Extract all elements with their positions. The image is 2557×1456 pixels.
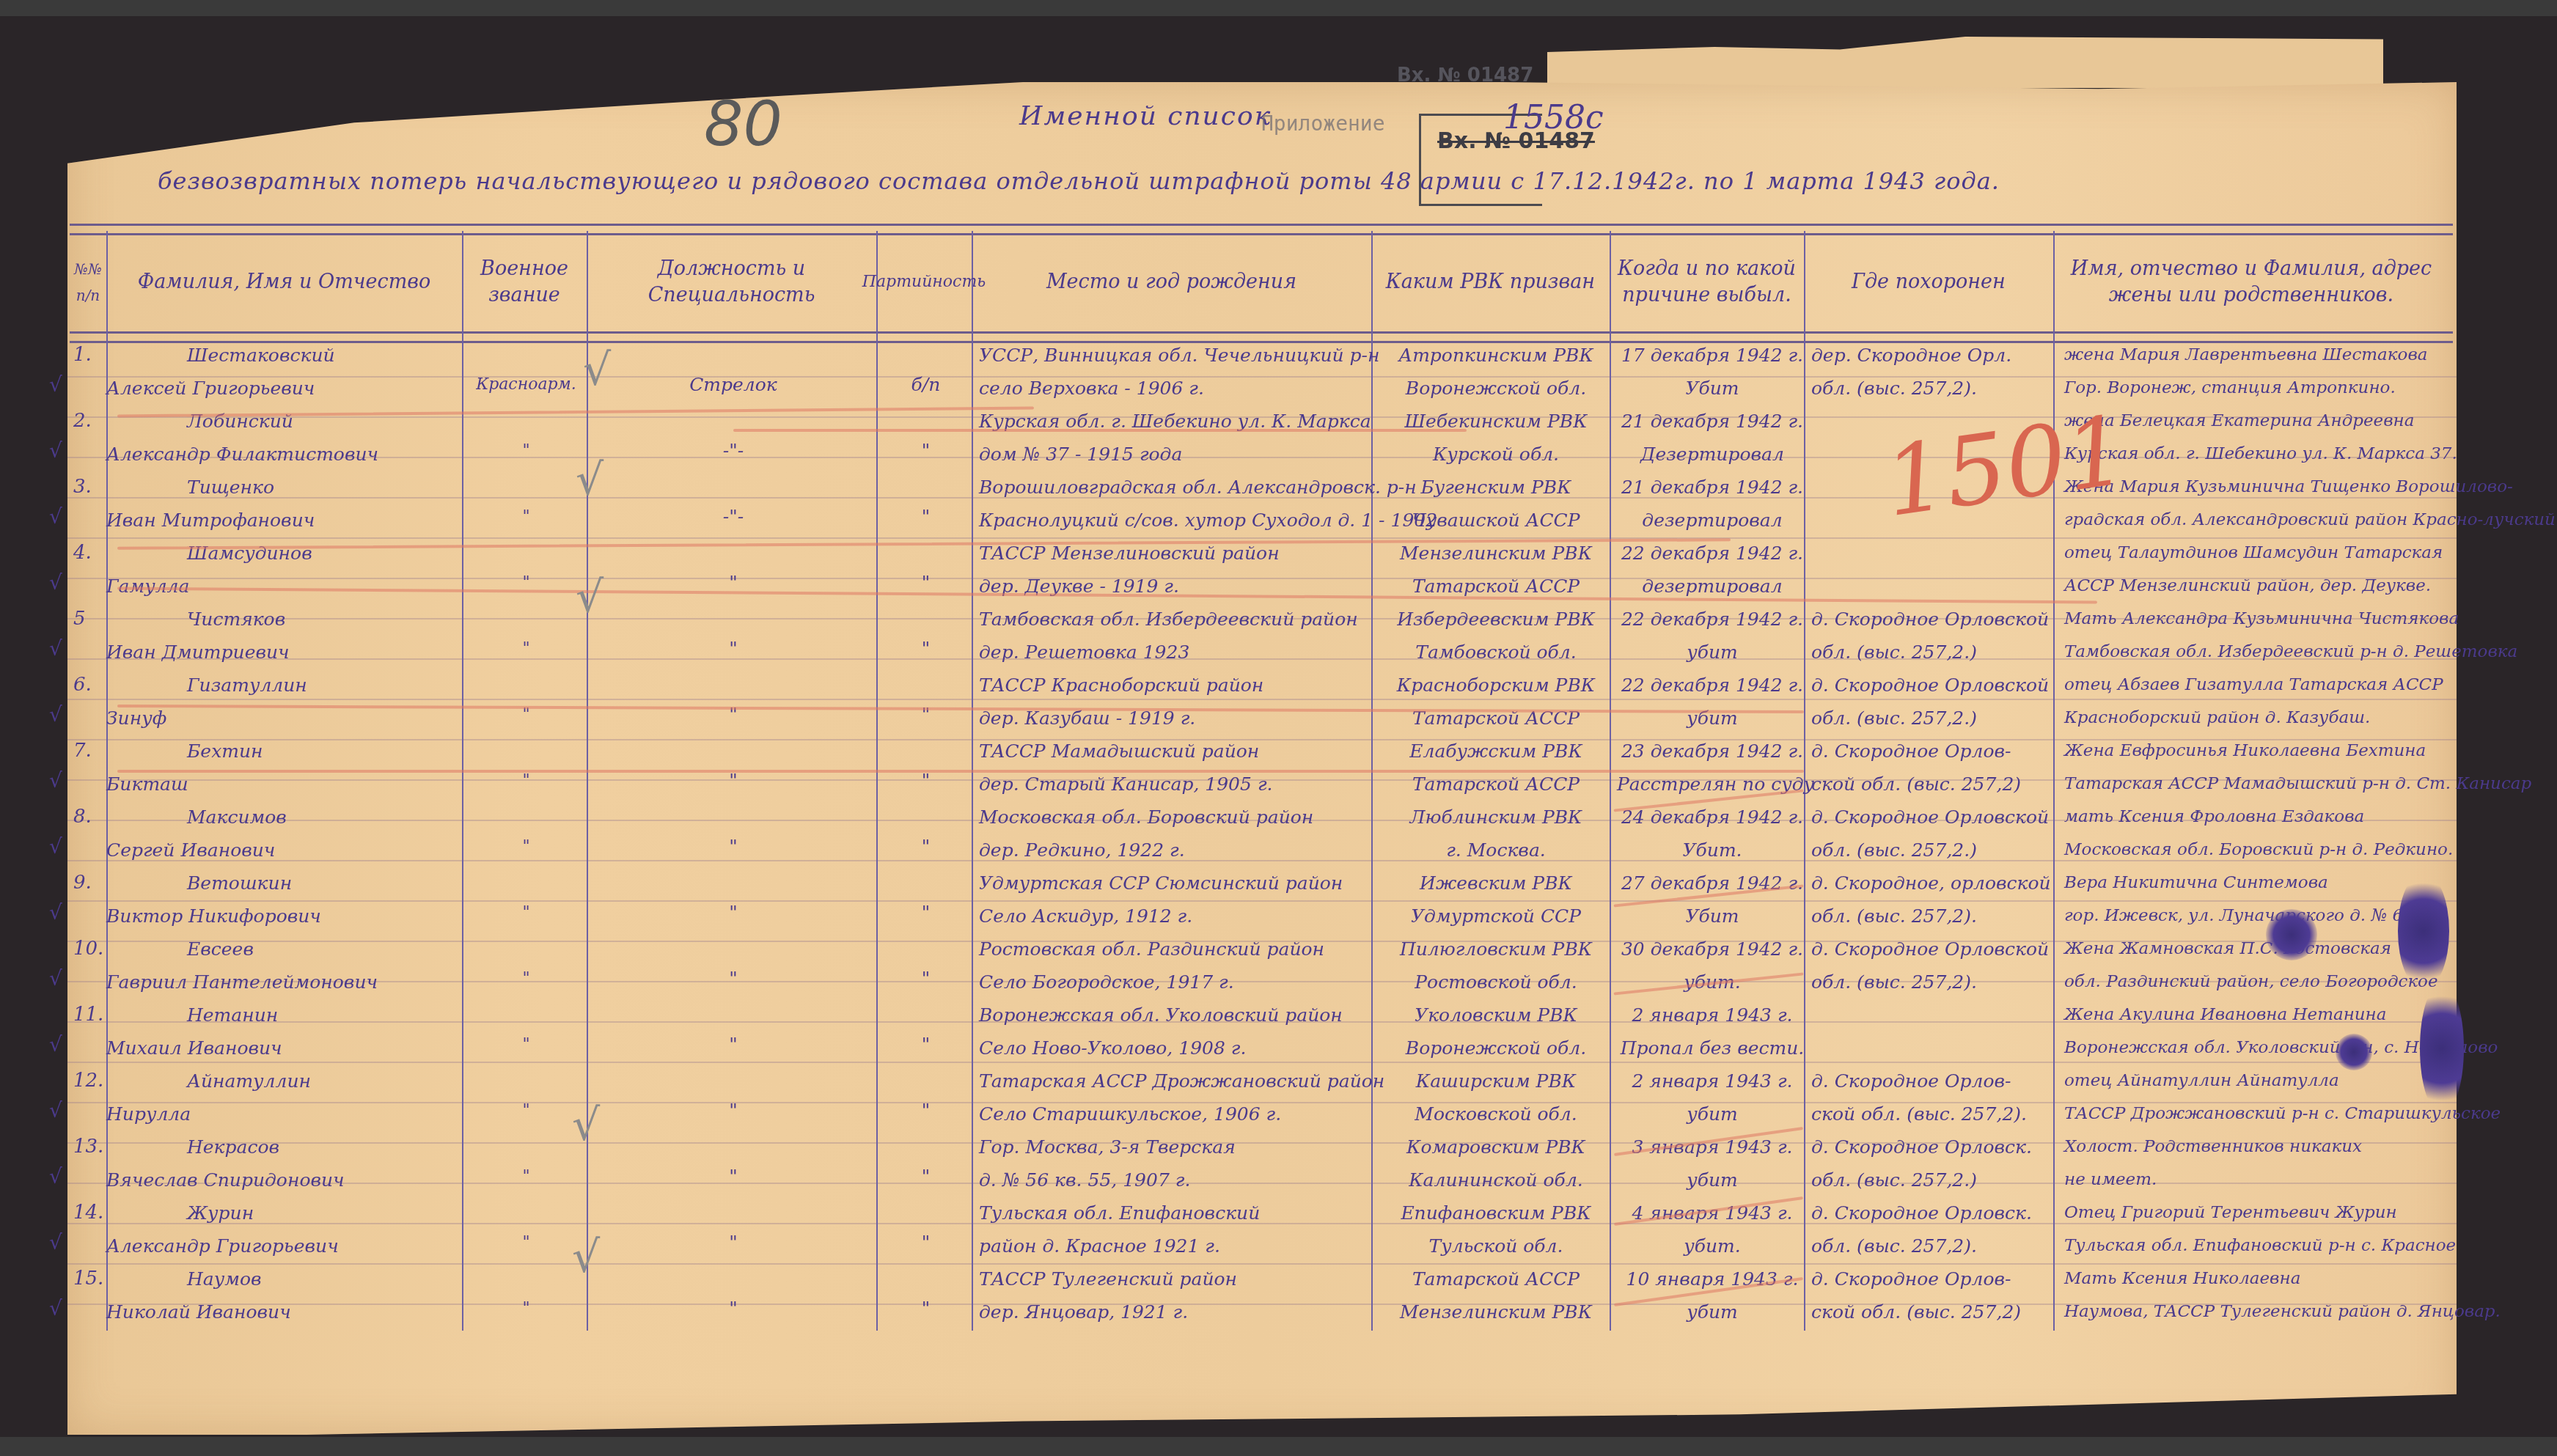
given-names: Нирулла [106, 1097, 458, 1130]
surname: Шамсудинов [106, 537, 458, 570]
given-names: Александр Григорьевич [106, 1229, 458, 1262]
date-line: 22 декабря 1942 г. [1617, 603, 1808, 636]
header-relatives: Имя, отчество и Фамилия, адрес жены или … [2053, 238, 2449, 326]
conscription-office: Избердеевским РВК Тамбовской обл. [1379, 603, 1613, 669]
rank: " [466, 434, 587, 467]
birthplace-line-1: Тульская обл. Епифановский [979, 1196, 1375, 1229]
table-row: √ 6. Гизатуллин Зинуф " " " ТАССР Красно… [70, 669, 2457, 735]
reason-line: Убит [1617, 372, 1808, 405]
check-mark-icon: √ [49, 368, 62, 401]
birthplace-line-1: ТАССР Тулегенский район [979, 1262, 1375, 1295]
reason-line: убит [1617, 1163, 1808, 1196]
pencil-check-icon: √ [583, 345, 611, 396]
row-number: 9. [73, 867, 106, 900]
given-names: Александр Филактистович [106, 438, 458, 471]
stamp-handwritten-number: 1558с [1503, 99, 1604, 136]
conscription-office: Каширским РВК Московской обл. [1379, 1065, 1613, 1130]
surname: Тищенко [106, 471, 458, 504]
header-burial: Где похоронен [1804, 238, 2053, 326]
conscription-office: Ижевским РВК Удмуртской ССР [1379, 867, 1613, 933]
rank: " [466, 1028, 587, 1061]
check-mark-icon: √ [49, 1160, 62, 1193]
burial-line-2: ской обл. (выс. 257,2) [1811, 768, 2061, 801]
full-name: Тищенко Иван Митрофанович [106, 471, 458, 537]
rvk-line-2: Воронежской обл. [1379, 372, 1613, 405]
reason-line: убит [1617, 1097, 1808, 1130]
viewer-top-bar [0, 0, 2557, 16]
reason-line: убит [1617, 702, 1808, 735]
reason-line: Дезертировал [1617, 438, 1808, 471]
rvk-line-1: Избердеевским РВК [1379, 603, 1613, 636]
surname: Лобинский [106, 405, 458, 438]
table-row: √ 10. Евсеев Гавриил Пантелеймонович " "… [70, 933, 2457, 999]
rvk-line-1: Шебекинским РВК [1379, 405, 1613, 438]
stamp-incoming-top: Вх. № 01487 [1397, 65, 1533, 87]
reason-line: убит [1617, 636, 1808, 669]
row-number: 7. [73, 735, 106, 768]
relatives-line-2: не имеет. [2064, 1163, 2453, 1196]
check-mark-icon: √ [49, 434, 62, 467]
relatives: Жена Жамновская П.С. Ростовская обл. Раз… [2064, 933, 2453, 999]
rvk-line-1: Атропкинским РВК [1379, 339, 1613, 372]
birthplace: Московская обл. Боровский район дер. Ред… [979, 801, 1375, 867]
birthplace: ТАССР Красноборский район дер. Казубаш -… [979, 669, 1375, 735]
full-name: Наумов Николай Иванович [106, 1262, 458, 1328]
rank: " [466, 698, 587, 731]
date-and-reason: 22 декабря 1942 г. убит [1617, 603, 1808, 669]
party: " [880, 500, 972, 533]
burial-line-2: обл. (выс. 257,2.) [1811, 636, 2061, 669]
row-number: 4. [73, 537, 106, 570]
party: " [880, 434, 972, 467]
burial-line-2: обл. (выс. 257,2). [1811, 1229, 2061, 1262]
surname: Бехтин [106, 735, 458, 768]
table-row: √ 14. Журин Александр Григорьевич " " " … [70, 1196, 2457, 1262]
burial-line-2: ской обл. (выс. 257,2). [1811, 1097, 2061, 1130]
birthplace-line-1: Московская обл. Боровский район [979, 801, 1375, 834]
date-and-reason: 22 декабря 1942 г. дезертировал [1617, 537, 1808, 603]
birthplace-line-1: Тамбовская обл. Избердеевский район [979, 603, 1375, 636]
conscription-office: Уколовским РВК Воронежской обл. [1379, 999, 1613, 1065]
relatives-line-2: Тульская обл. Епифановский р-н с. Красно… [2064, 1229, 2453, 1262]
position: Стрелок [590, 368, 876, 401]
date-line: 17 декабря 1942 г. [1617, 339, 1808, 372]
burial-line-2: обл. (выс. 257,2). [1811, 966, 2061, 999]
birthplace: Ворошиловградская обл. Александровск. р-… [979, 471, 1375, 537]
rvk-line-2: Мензелинским РВК [1379, 1295, 1613, 1328]
header-position: Должность и Специальность [587, 238, 876, 326]
rank: " [466, 962, 587, 995]
relatives-line-1: Жена Жамновская П.С. Ростовская [2064, 933, 2453, 966]
row-number: 13. [73, 1130, 106, 1163]
date-line: 2 января 1943 г. [1617, 1065, 1808, 1097]
date-and-reason: 2 января 1943 г. убит [1617, 1065, 1808, 1130]
relatives-line-2: градская обл. Александровский район Крас… [2064, 504, 2453, 537]
burial-line-1: д. Скородное, орловской [1811, 867, 2061, 900]
header-birth: Место и год рождения [972, 238, 1371, 326]
row-number: 10. [73, 933, 106, 966]
party: " [880, 830, 972, 863]
full-name: Максимов Сергей Иванович [106, 801, 458, 867]
check-mark-icon: √ [49, 1292, 62, 1325]
ink-blot [2266, 909, 2317, 960]
given-names: Гавриил Пантелеймонович [106, 966, 458, 999]
date-and-reason: 23 декабря 1942 г. Расстрелян по суду [1617, 735, 1808, 801]
burial-line-1: д. Скородное Орловск. [1811, 1130, 2061, 1163]
rvk-line-1: Люблинским РВК [1379, 801, 1613, 834]
rvk-line-1: Бугенским РВК [1379, 471, 1613, 504]
table-row: √ 8. Максимов Сергей Иванович " " " Моск… [70, 801, 2457, 867]
full-name: Гизатуллин Зинуф [106, 669, 458, 735]
viewer-bottom-bar [0, 1437, 2557, 1456]
red-strike-line [117, 770, 1804, 773]
relatives: Отец Григорий Терентьевич Журин Тульская… [2064, 1196, 2453, 1262]
birthplace-line-1: Ростовская обл. Раздинский район [979, 933, 1375, 966]
burial-place: д. Скородное Орловской обл. (выс. 257,2)… [1811, 933, 2061, 999]
date-and-reason: 27 декабря 1942 г. Убит [1617, 867, 1808, 933]
birthplace-line-1: Татарская АССР Дрожжановский район [979, 1065, 1375, 1097]
relatives-line-1: Мать Александра Кузьминична Чистякова [2064, 603, 2453, 636]
given-names: Виктор Никифорович [106, 900, 458, 933]
relatives: отец Талаутдинов Шамсудин Татарская АССР… [2064, 537, 2453, 603]
party: " [880, 1226, 972, 1259]
position: " [590, 962, 876, 995]
rank: " [466, 500, 587, 533]
reason-line: Убит. [1617, 834, 1808, 867]
header-name: Фамилия, Имя и Отчество [106, 238, 462, 326]
full-name: Бехтин Бикташ [106, 735, 458, 801]
header-when: Когда и по какой причине выбыл. [1610, 238, 1804, 326]
full-name: Евсеев Гавриил Пантелеймонович [106, 933, 458, 999]
row-number: 1. [73, 339, 106, 372]
given-names: Иван Дмитриевич [106, 636, 458, 669]
relatives-line-1: жена Мария Лаврентьевна Шестакова [2064, 339, 2453, 372]
date-and-reason: 2 января 1943 г. Пропал без вести. [1617, 999, 1808, 1065]
birthplace-line-2: район д. Красное 1921 г. [979, 1229, 1375, 1262]
check-mark-icon: √ [49, 896, 62, 929]
burial-line-2: ской обл. (выс. 257,2) [1811, 1295, 2061, 1328]
full-name: Журин Александр Григорьевич [106, 1196, 458, 1262]
position: " [590, 1028, 876, 1061]
party: " [880, 1292, 972, 1325]
full-name: Ветошкин Виктор Никифорович [106, 867, 458, 933]
red-strike-line [733, 429, 1467, 432]
position: " [590, 830, 876, 863]
relatives-line-2: АССР Мензелинский район, дер. Деукве. [2064, 570, 2453, 603]
relatives-line-1: отец Талаутдинов Шамсудин Татарская [2064, 537, 2453, 570]
rvk-line-2: Ростовской обл. [1379, 966, 1613, 999]
relatives-line-1: Жена Евфросинья Николаевна Бехтина [2064, 735, 2453, 768]
relatives-line-1: Холост. Родственников никаких [2064, 1130, 2453, 1163]
date-line: 23 декабря 1942 г. [1617, 735, 1808, 768]
relatives-line-2: Гор. Воронеж, станция Атропкино. [2064, 372, 2453, 405]
check-mark-icon: √ [49, 962, 62, 995]
row-number: 8. [73, 801, 106, 834]
header-top-rule [70, 224, 2453, 235]
birthplace: Тульская обл. Епифановский район д. Крас… [979, 1196, 1375, 1262]
conscription-office: Люблинским РВК г. Москва. [1379, 801, 1613, 867]
birthplace-line-1: Ворошиловградская обл. Александровск. р-… [979, 471, 1375, 504]
burial-line-1: д. Скородное Орлов- [1811, 1262, 2061, 1295]
date-line: 30 декабря 1942 г. [1617, 933, 1808, 966]
position: " [590, 1160, 876, 1193]
relatives-line-2: Красноборский район д. Казубаш. [2064, 702, 2453, 735]
rvk-line-1: Елабужским РВК [1379, 735, 1613, 768]
rank: " [466, 830, 587, 863]
birthplace-line-2: дер. Янцовар, 1921 г. [979, 1295, 1375, 1328]
check-mark-icon: √ [49, 1094, 62, 1127]
full-name: Некрасов Вячеслав Спиридонович [106, 1130, 458, 1196]
check-mark-icon: √ [49, 500, 62, 533]
check-mark-icon: √ [49, 566, 62, 599]
check-mark-icon: √ [49, 830, 62, 863]
birthplace-line-1: ТАССР Мамадышский район [979, 735, 1375, 768]
position: " [590, 764, 876, 797]
ink-blot [2398, 872, 2449, 990]
burial-line-1: д. Скородное Орлов- [1811, 735, 2061, 768]
surname: Гизатуллин [106, 669, 458, 702]
stamp-attachment: Приложение [1261, 111, 1385, 136]
relatives: Холост. Родственников никаких не имеет. [2064, 1130, 2453, 1196]
given-names: Алексей Григорьевич [106, 372, 458, 405]
rank: " [466, 1226, 587, 1259]
birthplace: ТАССР Тулегенский район дер. Янцовар, 19… [979, 1262, 1375, 1328]
date-and-reason: 24 декабря 1942 г. Убит. [1617, 801, 1808, 867]
party: " [880, 962, 972, 995]
given-names: Сергей Иванович [106, 834, 458, 867]
position: " [590, 1094, 876, 1127]
conscription-office: Елабужским РВК Татарской АССР [1379, 735, 1613, 801]
date-and-reason: 17 декабря 1942 г. Убит [1617, 339, 1808, 405]
birthplace: Ростовская обл. Раздинский район Село Бо… [979, 933, 1375, 999]
row-number: 3. [73, 471, 106, 504]
check-mark-icon: √ [49, 764, 62, 797]
document-title: Именной список [1019, 101, 1272, 131]
given-names: Вячеслав Спиридонович [106, 1163, 458, 1196]
row-number: 5 [73, 603, 106, 636]
surname: Ветошкин [106, 867, 458, 900]
full-name: Шестаковский Алексей Григорьевич [106, 339, 458, 405]
relatives-line-1: отец Айнатуллин Айнатулла [2064, 1065, 2453, 1097]
pencil-check-icon: √ [576, 572, 604, 623]
burial-line-2: обл. (выс. 257,2.) [1811, 702, 2061, 735]
pencil-check-icon: √ [572, 1100, 600, 1151]
row-number: 15. [73, 1262, 106, 1295]
relatives-line-1: Отец Григорий Терентьевич Журин [2064, 1196, 2453, 1229]
rvk-line-2: Калининской обл. [1379, 1163, 1613, 1196]
burial-line-1: д. Скородное Орлов- [1811, 1065, 2061, 1097]
birthplace-line-2: д. № 56 кв. 55, 1907 г. [979, 1163, 1375, 1196]
table-row: √ 9. Ветошкин Виктор Никифорович " " " У… [70, 867, 2457, 933]
date-line: 21 декабря 1942 г. [1617, 405, 1808, 438]
relatives-line-1: мать Ксения Фроловна Ездакова [2064, 801, 2453, 834]
surname: Айнатуллин [106, 1065, 458, 1097]
reason-line: Пропал без вести. [1617, 1032, 1808, 1065]
relatives-line-2: Московская обл. Боровский р-н д. Редкино… [2064, 834, 2453, 867]
date-line: 3 января 1943 г. [1617, 1130, 1808, 1163]
pencil-check-icon: √ [576, 455, 604, 506]
rank: " [466, 764, 587, 797]
relatives-line-1: Вера Никитична Синтемова [2064, 867, 2453, 900]
position: " [590, 1226, 876, 1259]
birthplace-line-1: Воронежская обл. Уколовский район [979, 999, 1375, 1032]
rvk-line-2: Татарской АССР [1379, 702, 1613, 735]
date-line: 22 декабря 1942 г. [1617, 669, 1808, 702]
rvk-line-1: Комаровским РВК [1379, 1130, 1613, 1163]
conscription-office: Шебекинским РВК Курской обл. [1379, 405, 1613, 471]
rank: Красноарм. [466, 368, 587, 401]
relatives: Мать Александра Кузьминична Чистякова Та… [2064, 603, 2453, 669]
party: " [880, 1028, 972, 1061]
rvk-line-1: Красноборским РВК [1379, 669, 1613, 702]
rank: " [466, 566, 587, 599]
relatives: мать Ксения Фроловна Ездакова Московская… [2064, 801, 2453, 867]
surname: Шестаковский [106, 339, 458, 372]
rvk-line-1: Каширским РВК [1379, 1065, 1613, 1097]
birthplace-line-2: дер. Казубаш - 1919 г. [979, 702, 1375, 735]
row-number: 2. [73, 405, 106, 438]
party: " [880, 1160, 972, 1193]
ink-blot [2336, 1034, 2372, 1070]
relatives-line-2: Тамбовская обл. Избердеевский р-н д. Реш… [2064, 636, 2453, 669]
full-name: Нетанин Михаил Иванович [106, 999, 458, 1065]
table-row: √ 1. Шестаковский Алексей Григорьевич Кр… [70, 339, 2457, 405]
burial-line-1: д. Скородное Орловской [1811, 933, 2061, 966]
relatives-line-2: обл. Раздинский район, село Богородское [2064, 966, 2453, 999]
table-row: √ 13. Некрасов Вячеслав Спиридонович " "… [70, 1130, 2457, 1196]
relatives-line-2: Наумова, ТАССР Тулегенский район д. Янцо… [2064, 1295, 2453, 1328]
birthplace: Воронежская обл. Уколовский район Село Н… [979, 999, 1375, 1065]
conscription-office: Мензелинским РВК Татарской АССР [1379, 537, 1613, 603]
rvk-line-2: Чувашской АССР [1379, 504, 1613, 537]
row-number: 11. [73, 999, 106, 1032]
table-row: √ 12. Айнатуллин Нирулла " " " Татарская… [70, 1065, 2457, 1130]
document-subtitle: безвозвратных потерь начальствующего и р… [158, 167, 2000, 195]
relatives-line-1: отец Абзаев Гизатулла Татарская АССР [2064, 669, 2453, 702]
rvk-line-1: Пилюгловским РВК [1379, 933, 1613, 966]
rvk-line-2: г. Москва. [1379, 834, 1613, 867]
relatives: Мать Ксения Николаевна Наумова, ТАССР Ту… [2064, 1262, 2453, 1328]
position: " [590, 698, 876, 731]
position: " [590, 896, 876, 929]
birthplace: Удмуртская ССР Сюмсинский район Село Аск… [979, 867, 1375, 933]
birthplace-line-2: Село Аскидур, 1912 г. [979, 900, 1375, 933]
birthplace-line-2: дер. Решетовка 1923 [979, 636, 1375, 669]
burial-line-1: д. Скородное Орловской [1811, 603, 2061, 636]
rvk-line-1: Ижевским РВК [1379, 867, 1613, 900]
relatives: жена Мария Лаврентьевна Шестакова Гор. В… [2064, 339, 2453, 405]
date-and-reason: 21 декабря 1942 г. дезертировал [1617, 471, 1808, 537]
row-number: 12. [73, 1065, 106, 1097]
sheet-number: 80 [704, 88, 782, 160]
conscription-office: Бугенским РВК Чувашской АССР [1379, 471, 1613, 537]
birthplace: УССР, Винницкая обл. Чечельницкий р-н се… [979, 339, 1375, 405]
given-names: Гамулла [106, 570, 458, 603]
birthplace-line-1: Гор. Москва, 3-я Тверская [979, 1130, 1375, 1163]
burial-place: дер. Скородное Орл. обл. (выс. 257,2). [1811, 339, 2061, 405]
burial-line-2: обл. (выс. 257,2). [1811, 372, 2061, 405]
date-and-reason: 22 декабря 1942 г. убит [1617, 669, 1808, 735]
check-mark-icon: √ [49, 632, 62, 665]
full-name: Айнатуллин Нирулла [106, 1065, 458, 1130]
birthplace-line-1: УССР, Винницкая обл. Чечельницкий р-н [979, 339, 1375, 372]
birthplace: ТАССР Мамадышский район дер. Старый Кани… [979, 735, 1375, 801]
burial-place: д. Скородное Орловской обл. (выс. 257,2.… [1811, 801, 2061, 867]
row-number: 14. [73, 1196, 106, 1229]
surname: Некрасов [106, 1130, 458, 1163]
burial-line-2: обл. (выс. 257,2). [1811, 900, 2061, 933]
conscription-office: Епифановским РВК Тульской обл. [1379, 1196, 1613, 1262]
burial-line-2: обл. (выс. 257,2.) [1811, 834, 2061, 867]
date-and-reason: 4 января 1943 г. убит. [1617, 1196, 1808, 1262]
party: " [880, 764, 972, 797]
conscription-office: Атропкинским РВК Воронежской обл. [1379, 339, 1613, 405]
birthplace-line-2: Село Богородское, 1917 г. [979, 966, 1375, 999]
party: " [880, 1094, 972, 1127]
rvk-line-2: Московской обл. [1379, 1097, 1613, 1130]
birthplace-line-2: Село Старишкульское, 1906 г. [979, 1097, 1375, 1130]
rvk-line-1: Уколовским РВК [1379, 999, 1613, 1032]
position: " [590, 1292, 876, 1325]
surname: Наумов [106, 1262, 458, 1295]
surname: Евсеев [106, 933, 458, 966]
rvk-line-2: Курской обл. [1379, 438, 1613, 471]
birthplace: Тамбовская обл. Избердеевский район дер.… [979, 603, 1375, 669]
burial-place: д. Скородное Орловск. обл. (выс. 257,2). [1811, 1196, 2061, 1262]
table-row: √ 11. Нетанин Михаил Иванович " " " Воро… [70, 999, 2457, 1065]
relatives-line-2: гор. Ижевск, ул. Луначарского д. № 61. [2064, 900, 2453, 933]
table-row: √ 7. Бехтин Бикташ " " " ТАССР Мамадышск… [70, 735, 2457, 801]
rvk-line-2: Тамбовской обл. [1379, 636, 1613, 669]
header-rank: Военное звание [462, 238, 587, 326]
burial-place: д. Скородное Орлов- ской обл. (выс. 257,… [1811, 735, 2061, 801]
reason-line: дезертировал [1617, 504, 1808, 537]
given-names: Михаил Иванович [106, 1032, 458, 1065]
given-names: Николай Иванович [106, 1295, 458, 1328]
relatives-line-1: Мать Ксения Николаевна [2064, 1262, 2453, 1295]
rank: " [466, 1094, 587, 1127]
burial-place: д. Скородное Орловской обл. (выс. 257,2.… [1811, 669, 2061, 735]
paper-flap [1547, 37, 2383, 88]
party: " [880, 896, 972, 929]
rank: " [466, 1160, 587, 1193]
burial-place: д. Скородное, орловской обл. (выс. 257,2… [1811, 867, 2061, 933]
conscription-office: Комаровским РВК Калининской обл. [1379, 1130, 1613, 1196]
table-row: √ 15. Наумов Николай Иванович " " " ТАСС… [70, 1262, 2457, 1328]
row-number: 6. [73, 669, 106, 702]
birthplace-line-1: ТАССР Красноборский район [979, 669, 1375, 702]
rank: " [466, 1292, 587, 1325]
reason-line: убит. [1617, 1229, 1808, 1262]
burial-line-2: обл. (выс. 257,2.) [1811, 1163, 2061, 1196]
birthplace: Гор. Москва, 3-я Тверская д. № 56 кв. 55… [979, 1130, 1375, 1196]
header-party: Партийность [876, 238, 972, 326]
relatives: Вера Никитична Синтемова гор. Ижевск, ул… [2064, 867, 2453, 933]
burial-place: д. Скородное Орловской обл. (выс. 257,2.… [1811, 603, 2061, 669]
ink-blot [2420, 982, 2464, 1114]
rvk-line-2: Воронежской обл. [1379, 1032, 1613, 1065]
burial-line-1: дер. Скородное Орл. [1811, 339, 2061, 372]
rvk-line-2: Тульской обл. [1379, 1229, 1613, 1262]
pencil-check-icon: √ [572, 1232, 600, 1283]
birthplace: Курская обл. г. Шебекино ул. К. Маркса д… [979, 405, 1375, 471]
burial-line-1: д. Скородное Орловской [1811, 669, 2061, 702]
birthplace-line-2: Краснолуцкий с/сов. хутор Суходол д. 1 -… [979, 504, 1375, 537]
birthplace-line-2: дом № 37 - 1915 года [979, 438, 1375, 471]
reason-line: Убит [1617, 900, 1808, 933]
birthplace-line-1: Курская обл. г. Шебекино ул. К. Маркса [979, 405, 1375, 438]
burial-line-1: д. Скородное Орловской [1811, 801, 2061, 834]
